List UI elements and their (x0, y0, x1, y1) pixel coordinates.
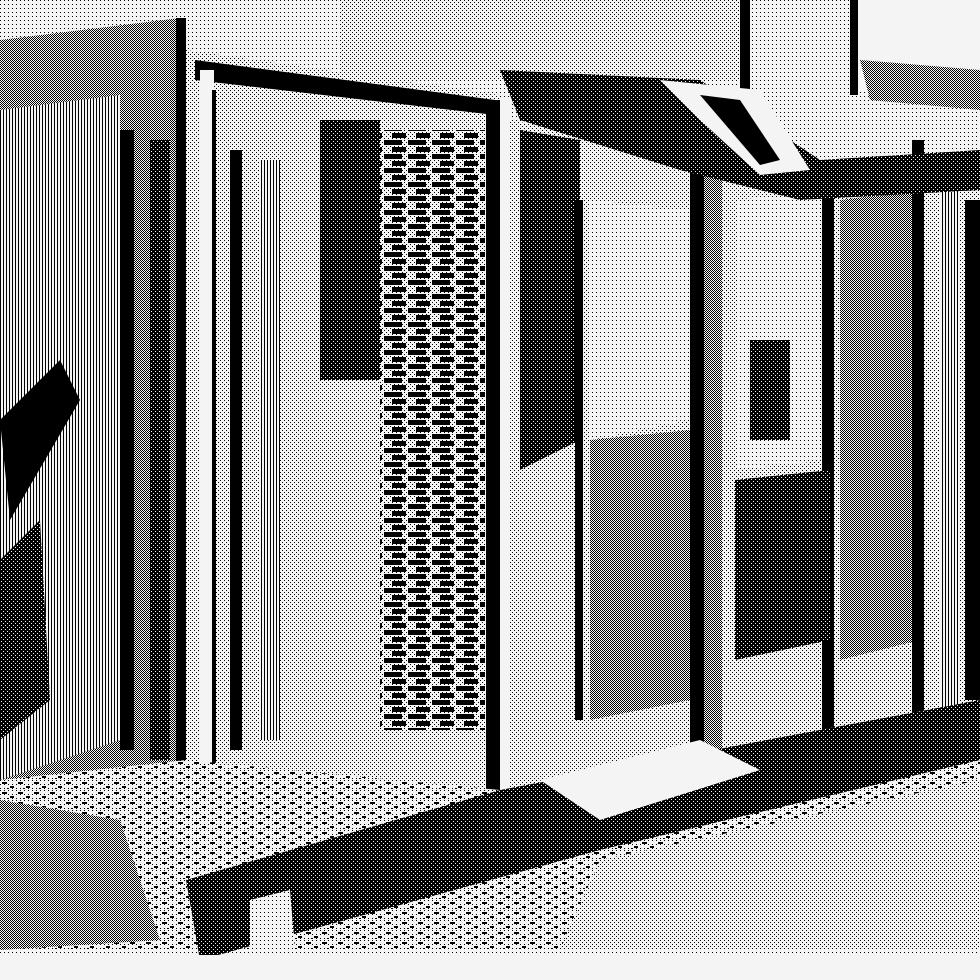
middle-frame (510, 120, 722, 800)
dithered-photo (0, 0, 980, 980)
right-frame (722, 140, 980, 760)
photograph (0, 0, 980, 980)
paper-margin (0, 955, 980, 980)
brick-wall-background (380, 130, 485, 730)
